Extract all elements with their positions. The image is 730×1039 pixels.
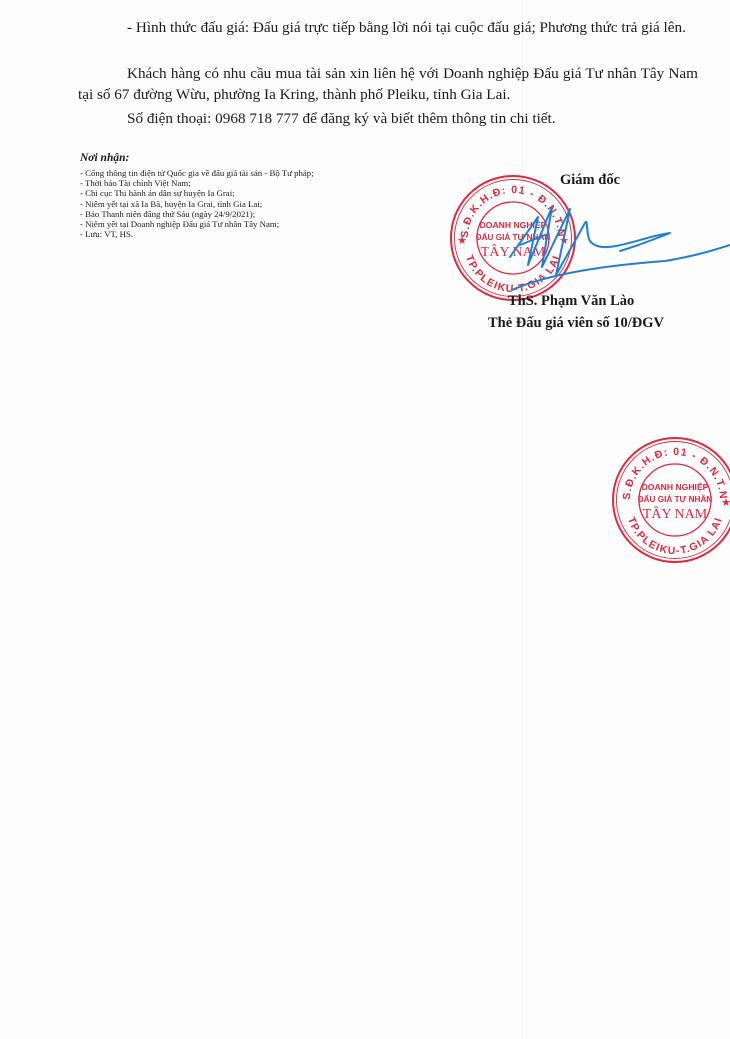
recipient-item: - Niêm yết tại Doanh nghiệp Đấu giá Tư n… <box>80 219 400 229</box>
recipients-title: Nơi nhận: <box>80 152 400 164</box>
recipients-block: Nơi nhận: - Cổng thông tin điện tử Quốc … <box>80 152 400 239</box>
contact-paragraph: Khách hàng có nhu cầu mua tài sản xin li… <box>78 63 698 105</box>
svg-text:TP.PLEIKU-T.GIA LAI: TP.PLEIKU-T.GIA LAI <box>625 515 725 557</box>
svg-text:S.Đ.K.H.Đ: 01 - Đ.N.T.N: S.Đ.K.H.Đ: 01 - Đ.N.T.N <box>459 184 567 238</box>
stamp-bottom-text: TP.PLEIKU-T.GIA LAI <box>463 253 563 295</box>
recipient-item: - Thời báo Tài chính Việt Nam; <box>80 178 400 188</box>
page-edge-stamp: S.Đ.K.H.Đ: 01 - Đ.N.T.N TP.PLEIKU-T.GIA … <box>610 435 730 565</box>
fold-line <box>522 0 523 1039</box>
svg-text:★: ★ <box>721 497 730 509</box>
recipient-item: - Cổng thông tin điện tử Quốc gia về đấu… <box>80 168 400 178</box>
recipients-list: - Cổng thông tin điện tử Quốc gia về đấu… <box>80 168 400 239</box>
company-stamp: S.Đ.K.H.Đ: 01 - Đ.N.T.N TP.PLEIKU-T.GIA … <box>448 173 578 303</box>
stamp-line-1: DOANH NGHIỆP <box>480 219 547 230</box>
stamp-star-icon: ★ <box>559 235 569 247</box>
svg-text:TP.PLEIKU-T.GIA LAI: TP.PLEIKU-T.GIA LAI <box>463 253 563 295</box>
recipient-item: - Chi cục Thi hành án dân sự huyện Ia Gr… <box>80 188 400 198</box>
phone-paragraph: Số điện thoại: 0968 718 777 để đăng ký v… <box>127 108 707 129</box>
signature-scribble <box>490 195 730 305</box>
svg-text:ĐẤU GIÁ TƯ NHÂN: ĐẤU GIÁ TƯ NHÂN <box>638 493 713 504</box>
auction-form-paragraph: - Hình thức đấu giá: Đấu giá trực tiếp b… <box>78 17 698 38</box>
signer-name: ThS. Phạm Văn Lào <box>508 293 634 310</box>
stamp-star-icon: ★ <box>457 235 467 247</box>
svg-text:S.Đ.K.H.Đ: 01 - Đ.N.T.N: S.Đ.K.H.Đ: 01 - Đ.N.T.N <box>621 446 729 500</box>
signer-certificate: Thẻ Đấu giá viên số 10/ĐGV <box>488 315 664 332</box>
signature-title: Giám đốc <box>560 172 620 189</box>
stamp-top-text: S.Đ.K.H.Đ: 01 - Đ.N.T.N <box>459 184 567 238</box>
recipient-item: - Báo Thanh niên đăng thứ Sáu (ngày 24/9… <box>80 209 400 219</box>
recipient-item: - Niêm yết tại xã Ia Bă, huyện Ia Grai, … <box>80 199 400 209</box>
recipient-item: - Lưu: VT, HS. <box>80 229 400 239</box>
stamp-line-2: ĐẤU GIÁ TƯ NHÂN <box>476 231 551 242</box>
document-page: - Hình thức đấu giá: Đấu giá trực tiếp b… <box>0 0 730 1039</box>
stamp-line-3: TÂY NAM <box>481 243 546 260</box>
svg-text:DOANH NGHIỆP: DOANH NGHIỆP <box>642 481 709 492</box>
svg-text:TÂY NAM: TÂY NAM <box>643 505 708 522</box>
